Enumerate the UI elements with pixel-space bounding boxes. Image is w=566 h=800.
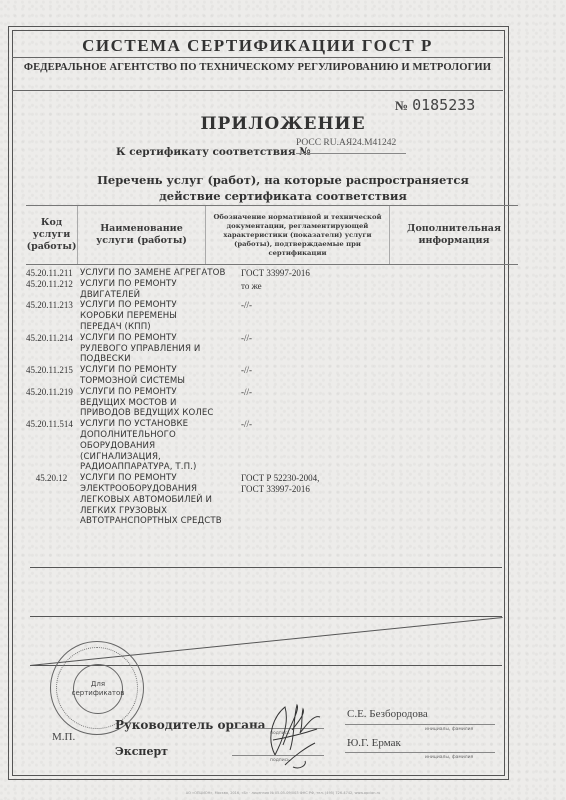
printer-info: АО «ОПЦИОН», Москва, 2016, «Б» · лицензи… <box>0 791 566 795</box>
certificate-label: К сертификату соответствия № <box>116 146 311 158</box>
list-title-line1: Перечень услуг (работ), на которые распр… <box>0 172 566 188</box>
head-name-line <box>345 724 495 725</box>
service-code: 45.20.12 <box>26 473 77 527</box>
header-name: Наименование услуги (работы) <box>78 206 206 264</box>
head-label: Руководитель органа <box>115 718 266 732</box>
table-row: 45.20.11.212 УСЛУГИ ПО РЕМОНТУ ДВИГАТЕЛЕ… <box>26 279 518 301</box>
table-row: 45.20.11.219 УСЛУГИ ПО РЕМОНТУ ВЕДУЩИХ М… <box>26 387 518 419</box>
service-code: 45.20.11.212 <box>26 279 77 301</box>
service-info <box>401 365 518 387</box>
service-code: 45.20.11.214 <box>26 333 77 365</box>
table-header: Код услуги (работы) Наименование услуги … <box>26 205 518 265</box>
handwritten-signature-icon <box>245 695 330 775</box>
head-name-caption: инициалы, фамилия <box>425 727 473 732</box>
service-name: УСЛУГИ ПО РЕМОНТУ ТОРМОЗНОЙ СИСТЕМЫ <box>77 365 220 387</box>
service-info <box>401 387 518 419</box>
service-name: УСЛУГИ ПО УСТАНОВКЕ ДОПОЛНИТЕЛЬНОГО ОБОР… <box>77 419 220 473</box>
service-name: УСЛУГИ ПО РЕМОНТУ ДВИГАТЕЛЕЙ <box>77 279 230 301</box>
table-row: 45.20.11.213 УСЛУГИ ПО РЕМОНТУ КОРОБКИ П… <box>26 300 518 332</box>
expert-label: Эксперт <box>115 745 168 758</box>
service-doc: то же <box>230 279 391 301</box>
table-row: 45.20.11.514 УСЛУГИ ПО УСТАНОВКЕ ДОПОЛНИ… <box>26 419 518 473</box>
service-name: УСЛУГИ ПО РЕМОНТУ РУЛЕВОГО УПРАВЛЕНИЯ И … <box>77 333 225 365</box>
stamp-text-1: Для <box>91 680 105 689</box>
service-doc: -//- <box>225 333 396 365</box>
certificate-number: РОСС RU.АЯ24.М41242 <box>296 138 406 154</box>
service-info <box>401 300 518 332</box>
header-info: Дополнительная информация <box>390 206 518 264</box>
service-name: УСЛУГИ ПО ЗАМЕНЕ АГРЕГАТОВ <box>77 268 230 279</box>
number-sign: № <box>395 98 408 113</box>
service-info <box>396 333 518 365</box>
seal-place-label: М.П. <box>52 731 75 743</box>
table-row: 45.20.11.215 УСЛУГИ ПО РЕМОНТУ ТОРМОЗНОЙ… <box>26 365 518 387</box>
header-docs: Обозначение нормативной и технической до… <box>206 206 390 264</box>
list-title-line2: действие сертификата соответствия <box>0 188 566 204</box>
stamp-text-2: сертификатов <box>72 689 125 698</box>
service-doc: ГОСТ 33997-2016 <box>230 268 391 279</box>
header-code: Код услуги (работы) <box>26 206 78 264</box>
serial-number: №0185233 <box>395 96 475 114</box>
page-title: ПРИЛОЖЕНИЕ <box>0 114 566 134</box>
blank-line-2 <box>30 616 502 617</box>
service-info <box>391 279 518 301</box>
serial-value: 0185233 <box>412 96 475 114</box>
expert-name: Ю.Г. Ермак <box>347 737 401 749</box>
service-code: 45.20.11.215 <box>26 365 77 387</box>
header-divider <box>12 57 503 58</box>
service-info <box>341 473 518 527</box>
services-table-body: 45.20.11.211 УСЛУГИ ПО ЗАМЕНЕ АГРЕГАТОВ … <box>26 268 518 527</box>
blank-line-1 <box>30 567 502 568</box>
service-code: 45.20.11.219 <box>26 387 77 419</box>
service-doc: -//- <box>220 365 401 387</box>
list-title: Перечень услуг (работ), на которые распр… <box>0 172 566 204</box>
service-name: УСЛУГИ ПО РЕМОНТУ КОРОБКИ ПЕРЕМЕНЫ ПЕРЕД… <box>77 300 220 332</box>
service-code: 45.20.11.211 <box>26 268 77 279</box>
service-info <box>401 419 518 473</box>
table-row: 45.20.11.214 УСЛУГИ ПО РЕМОНТУ РУЛЕВОГО … <box>26 333 518 365</box>
service-doc: -//- <box>220 387 401 419</box>
table-row: 45.20.12 УСЛУГИ ПО РЕМОНТУ ЭЛЕКТРООБОРУД… <box>26 473 518 527</box>
stamp-center: Для сертификатов <box>73 664 123 714</box>
agency-title: ФЕДЕРАЛЬНОЕ АГЕНТСТВО ПО ТЕХНИЧЕСКОМУ РЕ… <box>12 62 503 73</box>
system-title: СИСТЕМА СЕРТИФИКАЦИИ ГОСТ Р <box>12 36 503 56</box>
table-row: 45.20.11.211 УСЛУГИ ПО ЗАМЕНЕ АГРЕГАТОВ … <box>26 268 518 279</box>
service-code: 45.20.11.514 <box>26 419 77 473</box>
service-code: 45.20.11.213 <box>26 300 77 332</box>
expert-name-caption: инициалы, фамилия <box>425 755 473 760</box>
service-info <box>391 268 518 279</box>
expert-name-line <box>345 752 495 753</box>
service-doc: -//- <box>220 300 401 332</box>
service-name: УСЛУГИ ПО РЕМОНТУ ВЕДУЩИХ МОСТОВ И ПРИВО… <box>77 387 220 419</box>
header-divider-bottom <box>12 90 503 91</box>
head-name: С.Е. Безбородова <box>347 708 428 720</box>
service-doc: ГОСТ Р 52230-2004, ГОСТ 33997-2016 <box>225 473 341 527</box>
service-name: УСЛУГИ ПО РЕМОНТУ ЭЛЕКТРООБОРУДОВАНИЯ ЛЕ… <box>77 473 225 527</box>
service-doc: -//- <box>220 419 401 473</box>
